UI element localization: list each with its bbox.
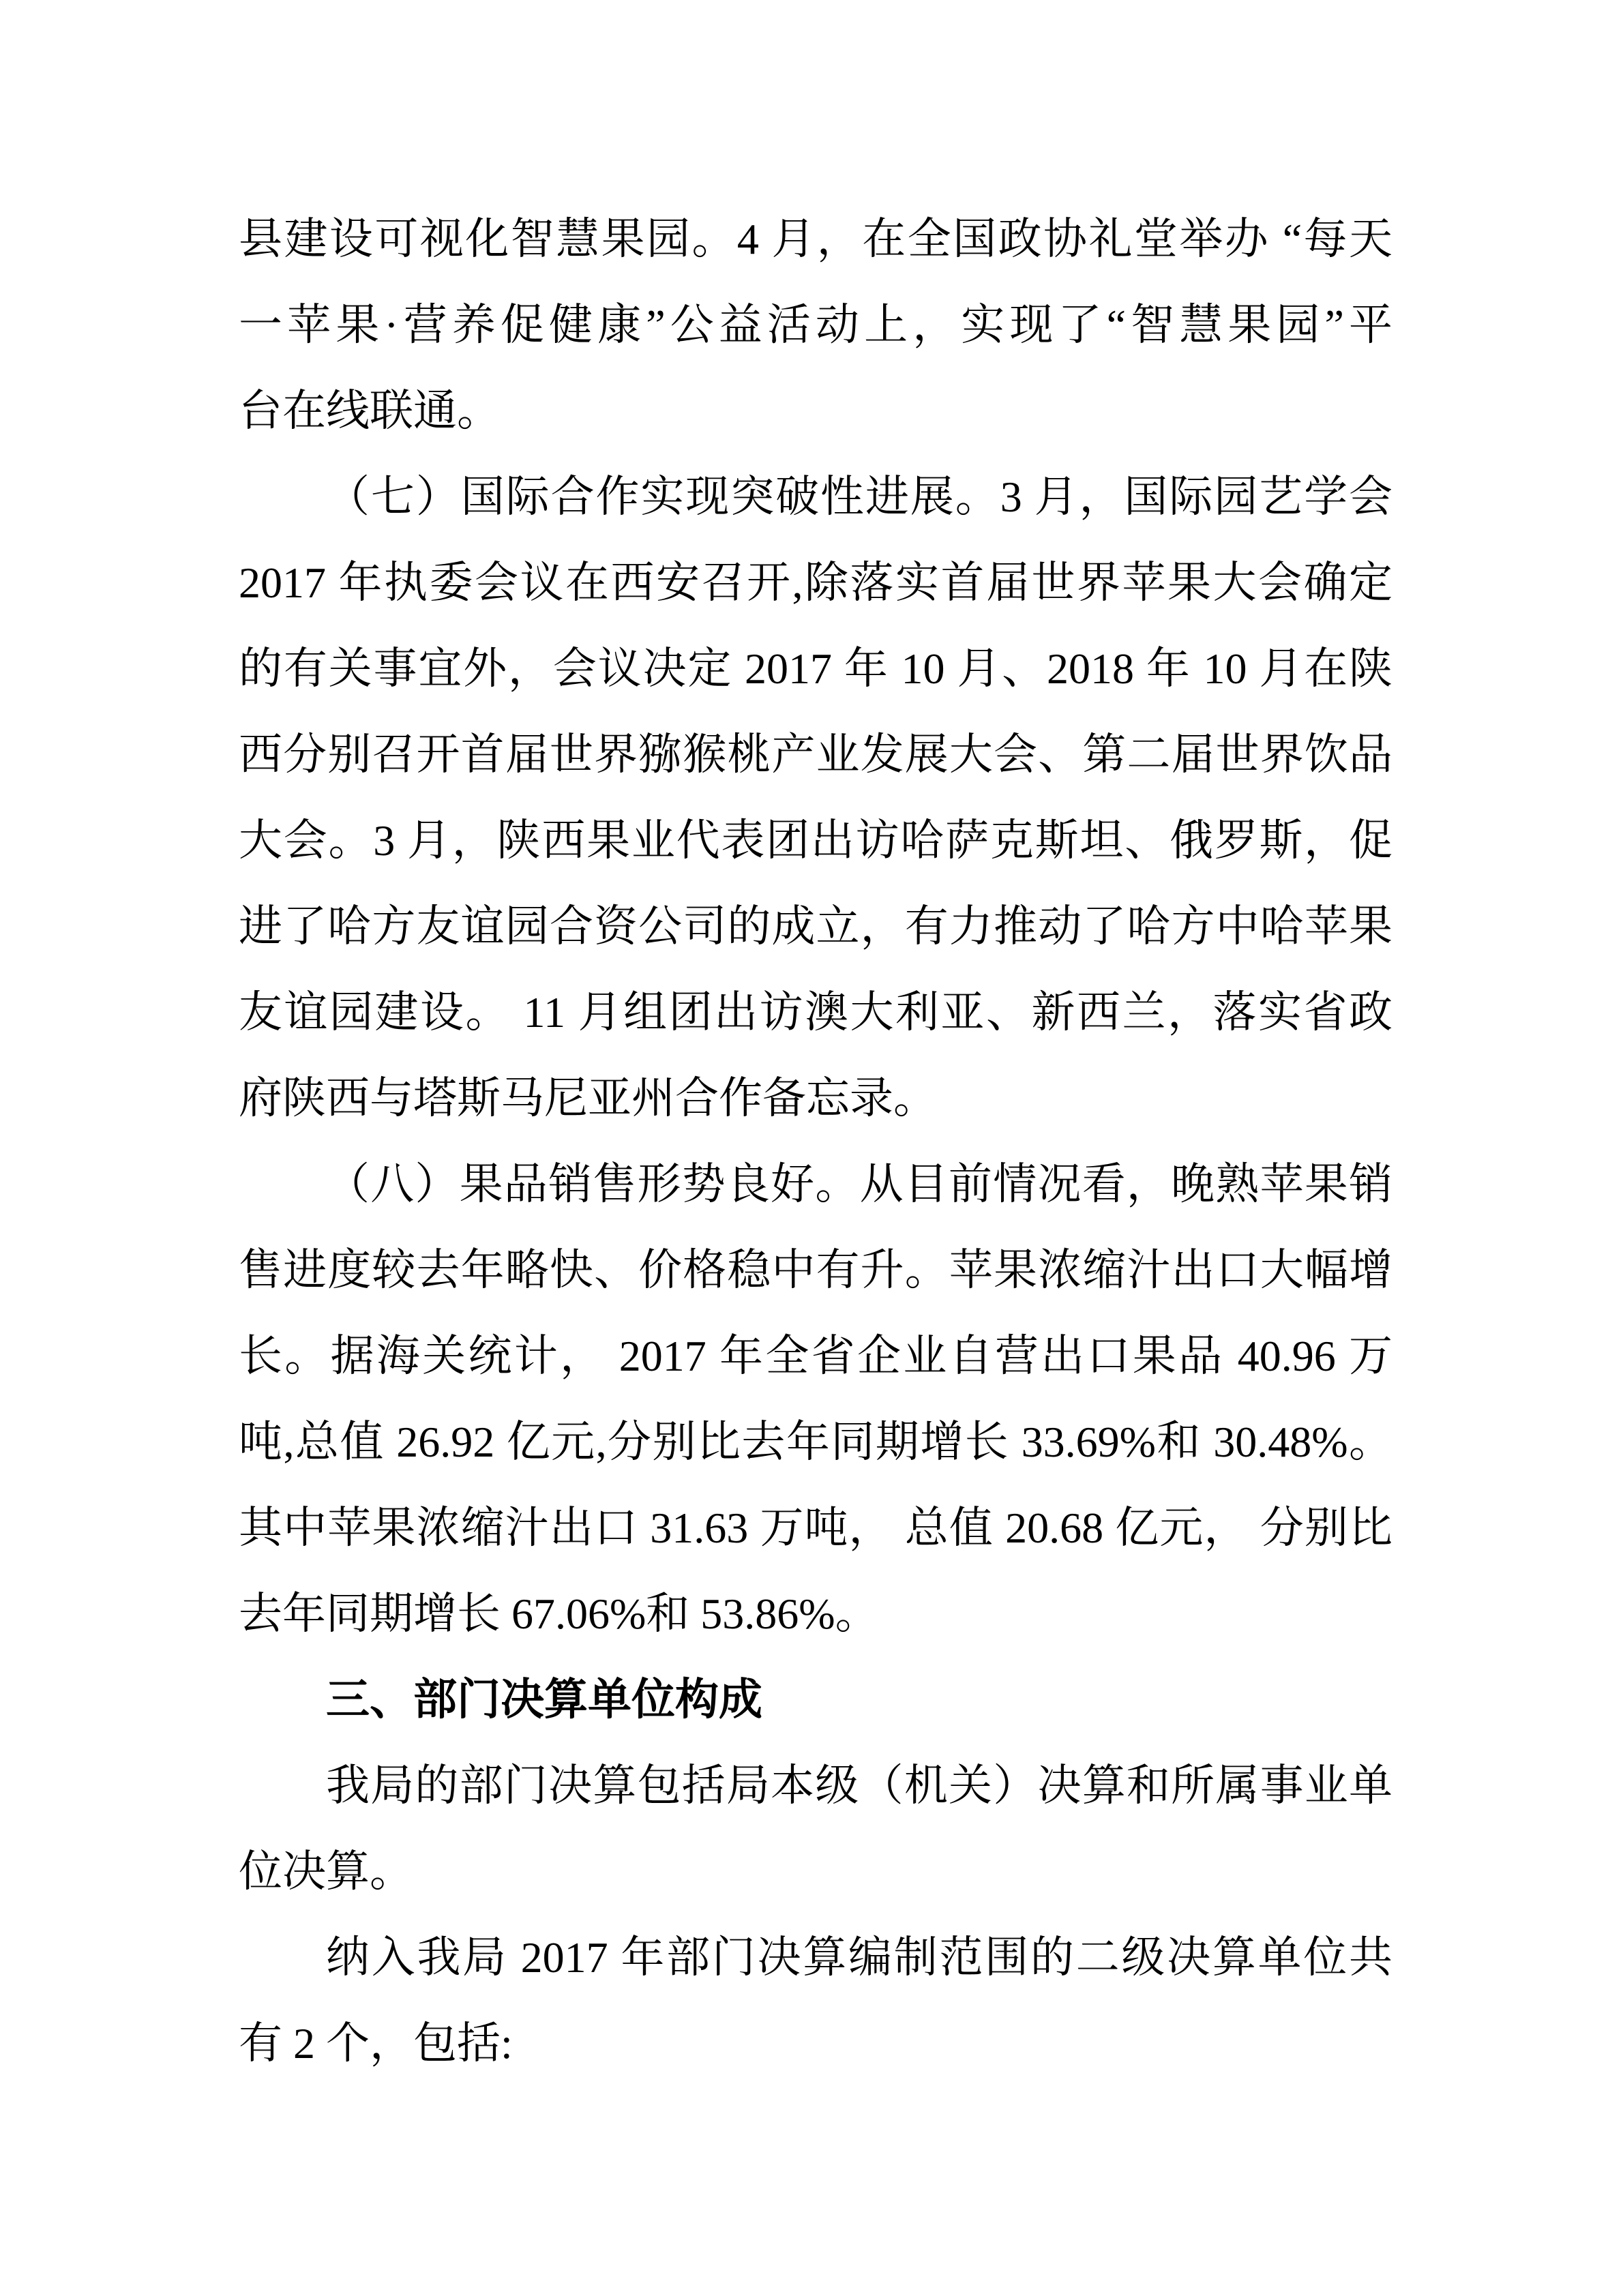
body-line: 一苹果·营养促健康”公益活动上，实现了“智慧果园”平 — [239, 282, 1393, 368]
body-line: 位决算。 — [239, 1829, 1393, 1915]
body-line: 县建设可视化智慧果园。4 月，在全国政协礼堂举办 “每天 — [239, 196, 1393, 282]
text-block: 县建设可视化智慧果园。4 月，在全国政协礼堂举办 “每天 一苹果·营养促健康”公… — [239, 196, 1393, 2087]
body-line: 2017 年执委会议在西安召开,除落实首届世界苹果大会确定 — [239, 540, 1393, 626]
body-line: 有 2 个，包括: — [239, 2001, 1393, 2087]
body-line: 西分别召开首届世界猕猴桃产业发展大会、第二届世界饮品 — [239, 712, 1393, 798]
body-line: 友谊园建设。 11 月组团出访澳大利亚、新西兰，落实省政 — [239, 970, 1393, 1056]
paragraph-start-line: （八）果品销售形势良好。从目前情况看，晚熟苹果销 — [239, 1142, 1393, 1227]
body-line: 售进度较去年略快、价格稳中有升。苹果浓缩汁出口大幅增 — [239, 1227, 1393, 1313]
body-line: 长。据海关统计， 2017 年全省企业自营出口果品 40.96 万 — [239, 1313, 1393, 1399]
body-line: 进了哈方友谊园合资公司的成立，有力推动了哈方中哈苹果 — [239, 884, 1393, 970]
paragraph-start-line: （七）国际合作实现突破性进展。3 月，国际园艺学会 — [239, 454, 1393, 540]
paragraph-start-line: 我局的部门决算包括局本级（机关）决算和所属事业单 — [239, 1743, 1393, 1829]
body-line: 府陕西与塔斯马尼亚州合作备忘录。 — [239, 1056, 1393, 1142]
document-page: 县建设可视化智慧果园。4 月，在全国政协礼堂举办 “每天 一苹果·营养促健康”公… — [0, 0, 1623, 2296]
body-line: 去年同期增长 67.06%和 53.86%。 — [239, 1571, 1393, 1657]
body-line: 其中苹果浓缩汁出口 31.63 万吨， 总值 20.68 亿元， 分别比 — [239, 1485, 1393, 1571]
body-line: 的有关事宜外，会议决定 2017 年 10 月、2018 年 10 月在陕 — [239, 626, 1393, 712]
body-line: 吨,总值 26.92 亿元,分别比去年同期增长 33.69%和 30.48%。 — [239, 1399, 1393, 1485]
paragraph-start-line: 纳入我局 2017 年部门决算编制范围的二级决算单位共 — [239, 1915, 1393, 2001]
section-heading: 三、部门决算单位构成 — [239, 1657, 1393, 1743]
body-line: 台在线联通。 — [239, 368, 1393, 454]
body-line: 大会。3 月，陕西果业代表团出访哈萨克斯坦、俄罗斯，促 — [239, 798, 1393, 884]
